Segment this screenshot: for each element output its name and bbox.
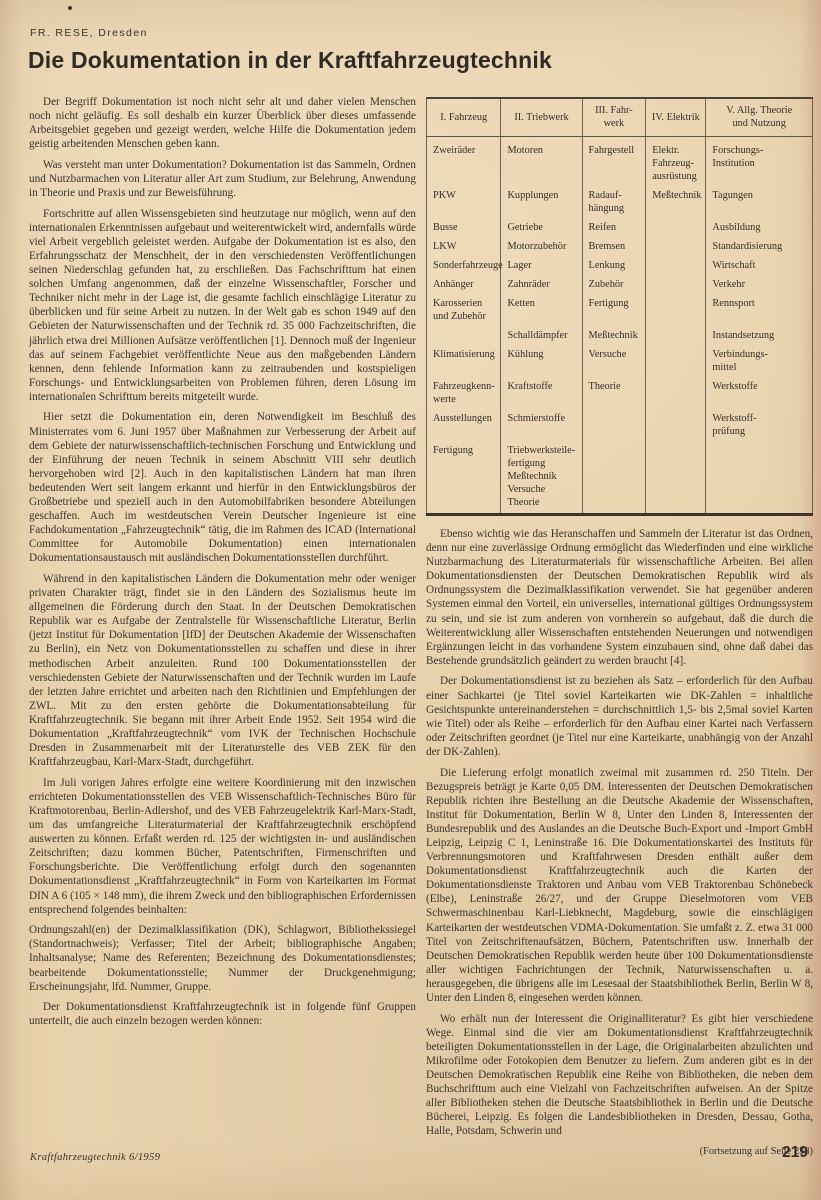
table-cell: Meßtechnik	[582, 327, 646, 346]
table-cell: Zweiräder	[427, 137, 501, 188]
table-cell: Fertigung	[427, 442, 501, 515]
table-cell: Rennsport	[706, 295, 813, 327]
scanned-journal-page: FR. RESE, Dresden Die Dokumentation in d…	[0, 0, 821, 1200]
table-cell: Klimatisierung	[427, 346, 501, 378]
table-cell	[646, 295, 706, 327]
table-cell	[582, 442, 646, 515]
table-cell: Zubehör	[582, 276, 646, 295]
table-cell: Bremsen	[582, 238, 646, 257]
table-cell	[646, 219, 706, 238]
table-cell	[646, 327, 706, 346]
paragraph: Die Lieferung erfolgt monatlich zweimal …	[426, 766, 813, 1006]
scan-speck	[68, 6, 72, 10]
table-cell: LKW	[427, 238, 501, 257]
table-cell	[582, 410, 646, 442]
classification-table: I. FahrzeugII. TriebwerkIII. Fahr- werkI…	[426, 97, 813, 516]
table-cell: Anhänger	[427, 276, 501, 295]
table-cell: Versuche	[582, 346, 646, 378]
table-cell	[646, 378, 706, 410]
table-header-cell: IV. Elektrik	[646, 98, 706, 137]
table-cell: Schalldämpfer	[501, 327, 582, 346]
paragraph: Der Begriff Dokumentation ist noch nicht…	[29, 95, 416, 151]
table-row: PKWKupplungenRadauf- hängungMeßtechnikTa…	[427, 187, 813, 219]
table-row: Karosserien und ZubehörKettenFertigungRe…	[427, 295, 813, 327]
table-cell: Sonderfahrzeuge	[427, 257, 501, 276]
continuation-note: (Fortsetzung auf Seite 238)	[426, 1145, 813, 1158]
table-cell: Wirtschaft	[706, 257, 813, 276]
table-header-cell: II. Triebwerk	[501, 98, 582, 137]
table-cell: Werkstoff- prüfung	[706, 410, 813, 442]
table-cell	[646, 346, 706, 378]
table-cell: Reifen	[582, 219, 646, 238]
paragraph: Ebenso wichtig wie das Heranschaffen und…	[426, 527, 813, 668]
article-body: Der Begriff Dokumentation ist noch nicht…	[29, 95, 813, 1158]
table-cell: PKW	[427, 187, 501, 219]
table-cell: Fertigung	[582, 295, 646, 327]
table-cell: Kupplungen	[501, 187, 582, 219]
table-cell	[706, 442, 813, 515]
paragraph: Hier setzt die Dokumentation ein, deren …	[29, 410, 416, 565]
paragraph: Während in den kapitalistischen Ländern …	[29, 572, 416, 769]
paragraph: Der Dokumentationsdienst Kraftfahrzeugte…	[29, 1000, 416, 1028]
table-cell: Elektr. Fahrzeug- ausrüstung	[646, 137, 706, 188]
table-cell: Instandsetzung	[706, 327, 813, 346]
table-cell: Ausstellungen	[427, 410, 501, 442]
table-cell: Triebwerksteile- fertigung Meßtechnik Ve…	[501, 442, 582, 515]
table-cell	[646, 442, 706, 515]
table-cell	[646, 257, 706, 276]
table-row: SchalldämpferMeßtechnikInstandsetzung	[427, 327, 813, 346]
table-cell: Karosserien und Zubehör	[427, 295, 501, 327]
table-row: ZweiräderMotorenFahrgestellElektr. Fahrz…	[427, 137, 813, 188]
table-header-row: I. FahrzeugII. TriebwerkIII. Fahr- werkI…	[427, 98, 813, 137]
table-header-cell: I. Fahrzeug	[427, 98, 501, 137]
table-row: AnhängerZahnräderZubehörVerkehr	[427, 276, 813, 295]
table-header-cell: V. Allg. Theorie und Nutzung	[706, 98, 813, 137]
paragraph: Der Dokumentationsdienst ist zu beziehen…	[426, 674, 813, 759]
table-cell: Kraftstoffe	[501, 378, 582, 410]
table-header-cell: III. Fahr- werk	[582, 98, 646, 137]
table-cell: Meßtechnik	[646, 187, 706, 219]
table-cell: Busse	[427, 219, 501, 238]
table-cell	[646, 238, 706, 257]
table-cell: Verkehr	[706, 276, 813, 295]
table-cell: Tagungen	[706, 187, 813, 219]
page-number: 219	[782, 1144, 808, 1162]
table-row: SonderfahrzeugeLagerLenkungWirtschaft	[427, 257, 813, 276]
table-cell: Fahrzeugkenn- werte	[427, 378, 501, 410]
article-title: Die Dokumentation in der Kraftfahrzeugte…	[28, 47, 552, 74]
table-cell: Theorie	[582, 378, 646, 410]
left-column: Der Begriff Dokumentation ist noch nicht…	[29, 95, 416, 1035]
table-cell: Werkstoffe	[706, 378, 813, 410]
table-row: KlimatisierungKühlungVersucheVerbindungs…	[427, 346, 813, 378]
table-cell	[646, 410, 706, 442]
paragraph: Im Juli vorigen Jahres erfolgte eine wei…	[29, 776, 416, 917]
table-cell: Zahnräder	[501, 276, 582, 295]
paragraph: Ordnungszahl(en) der Dezimalklassifikati…	[29, 923, 416, 993]
table-cell	[646, 276, 706, 295]
table-cell: Schmierstoffe	[501, 410, 582, 442]
table-cell: Motorzubehör	[501, 238, 582, 257]
table-cell: Lager	[501, 257, 582, 276]
table-cell: Ausbildung	[706, 219, 813, 238]
table-cell: Getriebe	[501, 219, 582, 238]
table-row: AusstellungenSchmierstoffeWerkstoff- prü…	[427, 410, 813, 442]
table-cell: Ketten	[501, 295, 582, 327]
table-cell: Motoren	[501, 137, 582, 188]
table-row: FertigungTriebwerksteile- fertigung Meßt…	[427, 442, 813, 515]
journal-reference: Kraftfahrzeugtechnik 6/1959	[30, 1152, 160, 1163]
right-column-text: Ebenso wichtig wie das Heranschaffen und…	[426, 527, 813, 1138]
author-byline: FR. RESE, Dresden	[30, 27, 148, 39]
paragraph: Wo erhält nun der Interessent die Origin…	[426, 1012, 813, 1139]
table-cell	[427, 327, 501, 346]
table-row: Fahrzeugkenn- werteKraftstoffeTheorieWer…	[427, 378, 813, 410]
paragraph: Was versteht man unter Dokumentation? Do…	[29, 158, 416, 200]
table-cell: Forschungs- Institution	[706, 137, 813, 188]
table-row: BusseGetriebeReifenAusbildung	[427, 219, 813, 238]
table-cell: Standardisierung	[706, 238, 813, 257]
paragraph: Fortschritte auf allen Wissensgebieten s…	[29, 207, 416, 404]
right-column: I. FahrzeugII. TriebwerkIII. Fahr- werkI…	[426, 95, 813, 1158]
table-cell: Radauf- hängung	[582, 187, 646, 219]
table-cell: Verbindungs- mittel	[706, 346, 813, 378]
table-row: LKWMotorzubehörBremsenStandardisierung	[427, 238, 813, 257]
table-cell: Fahrgestell	[582, 137, 646, 188]
table-cell: Kühlung	[501, 346, 582, 378]
table-cell: Lenkung	[582, 257, 646, 276]
